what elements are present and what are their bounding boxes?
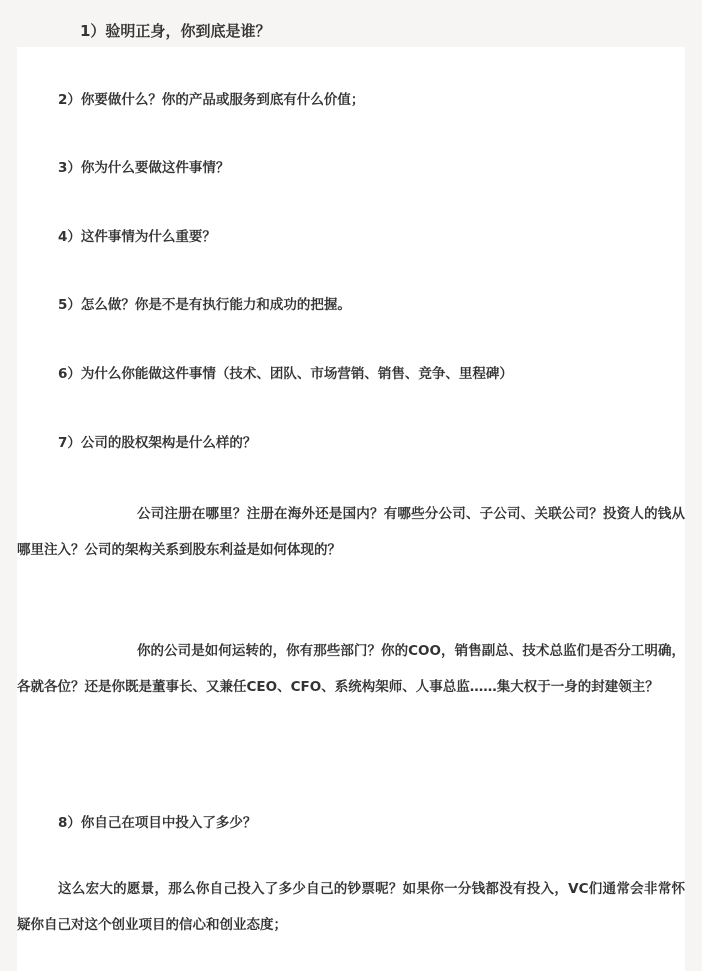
question-8: 8）你自己在项目中投入了多少？ — [58, 813, 256, 833]
paragraph-company-registration: 公司注册在哪里？注册在海外还是国内？有哪些分公司、子公司、关联公司？投资人的钱从… — [17, 496, 685, 568]
document-page: 1）验明正身，你到底是谁？ 2）你要做什么？你的产品或服务到底有什么价值； 3）… — [0, 0, 702, 971]
heading-question-1: 1）验明正身，你到底是谁？ — [80, 20, 270, 42]
question-6: 6）为什么你能做这件事情（技术、团队、市场营销、销售、竞争、里程碑） — [58, 364, 513, 384]
content-panel: 2）你要做什么？你的产品或服务到底有什么价值； 3）你为什么要做这件事情？ 4）… — [17, 47, 685, 971]
question-4: 4）这件事情为什么重要？ — [58, 227, 216, 247]
question-2: 2）你要做什么？你的产品或服务到底有什么价值； — [58, 90, 364, 110]
question-3: 3）你为什么要做这件事情？ — [58, 158, 229, 178]
paragraph-company-operation: 你的公司是如何运转的，你有那些部门？你的COO，销售副总、技术总监们是否分工明确… — [17, 633, 685, 705]
paragraph-personal-investment: 这么宏大的愿景，那么你自己投入了多少自己的钞票呢？如果你一分钱都没有投入，VC们… — [17, 871, 685, 943]
question-5: 5）怎么做？你是不是有执行能力和成功的把握。 — [58, 295, 351, 315]
question-7: 7）公司的股权架构是什么样的？ — [58, 433, 256, 453]
